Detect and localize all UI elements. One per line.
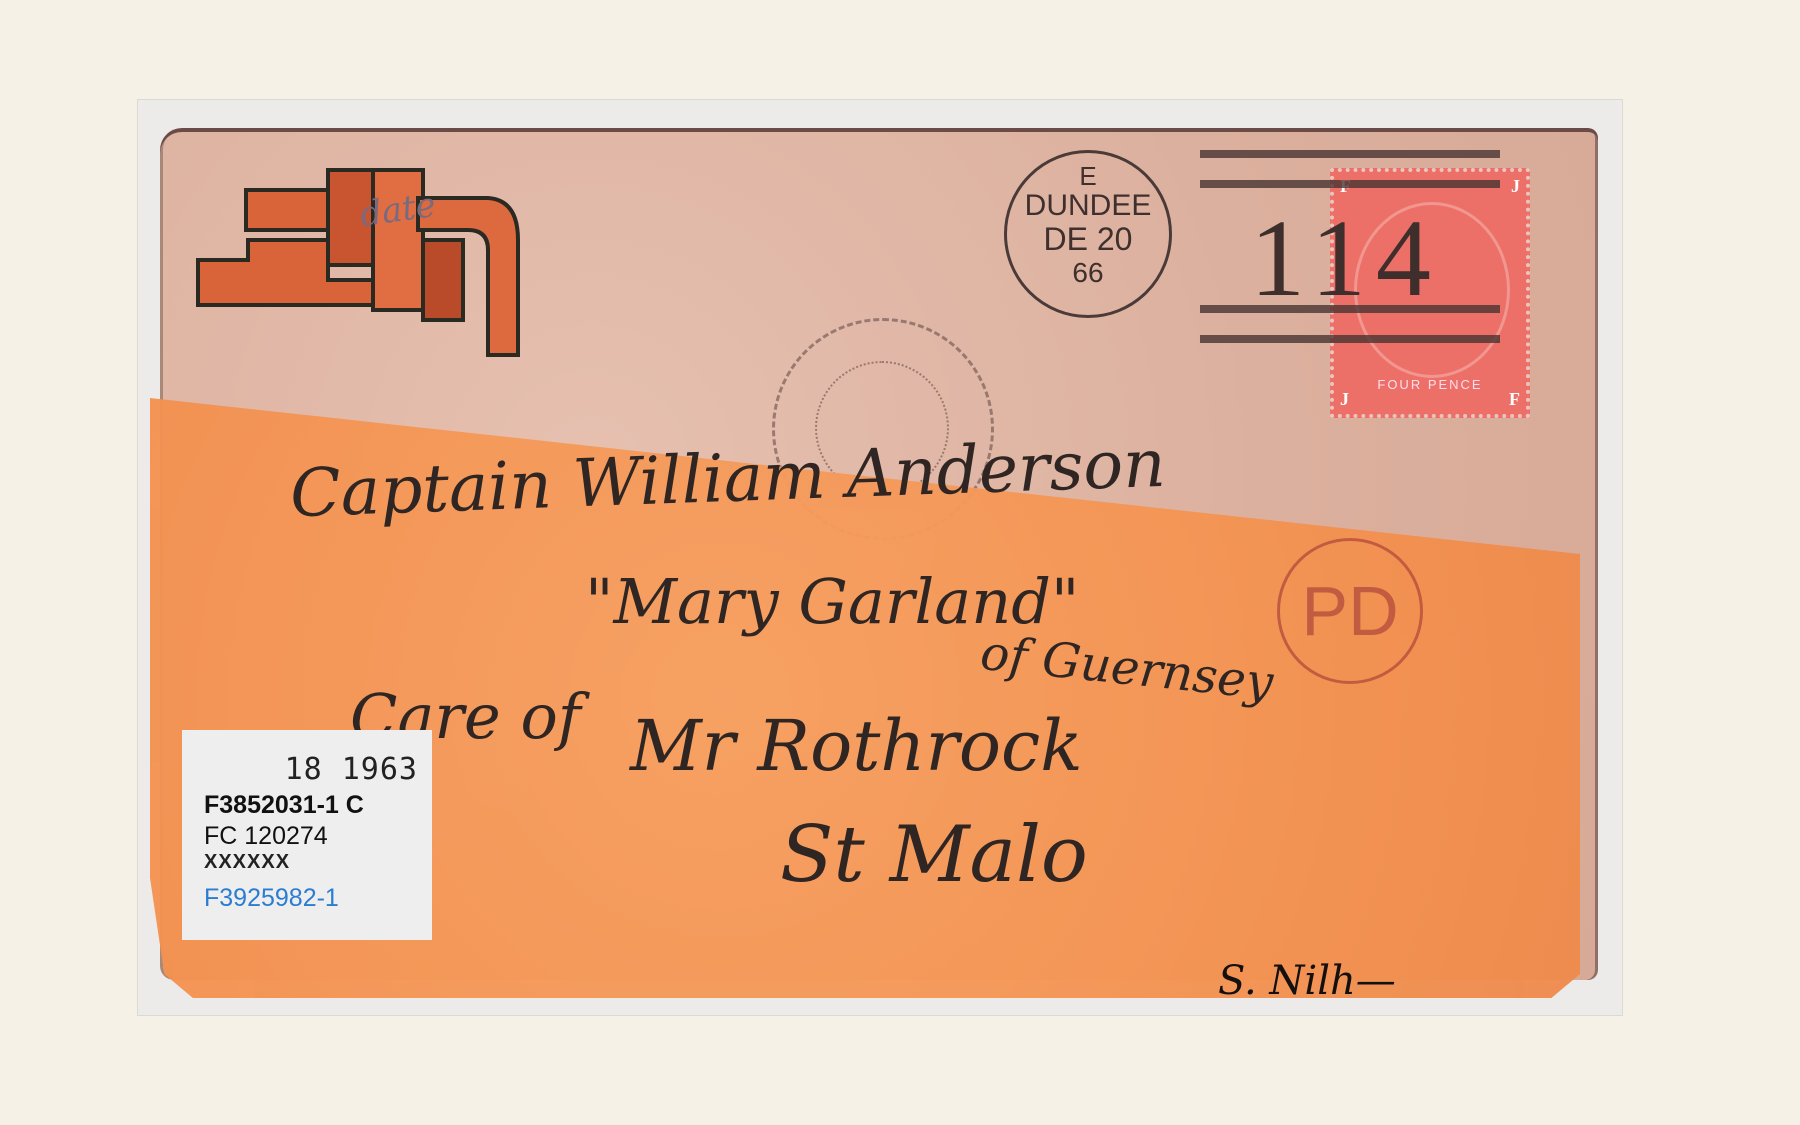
postmark-year: 66 bbox=[1007, 259, 1169, 287]
address-line-5: Mr Rothrock bbox=[630, 705, 1083, 787]
postmark-code: E bbox=[1007, 163, 1169, 189]
label-lot-code: F3852031-1 C bbox=[204, 791, 418, 820]
signature: S. Nilh— bbox=[1218, 958, 1396, 1004]
dundee-postmark: E DUNDEE DE 20 66 bbox=[1004, 150, 1172, 318]
numeral-cancel: 114 bbox=[1250, 195, 1441, 322]
pd-mark: PD bbox=[1277, 538, 1423, 684]
stamp-value: FOUR PENCE bbox=[1334, 377, 1526, 392]
stamp-corner-letter: J bbox=[1340, 389, 1349, 410]
postmark-town: DUNDEE bbox=[1007, 191, 1169, 221]
postmark-date: DE 20 bbox=[1007, 223, 1169, 255]
auction-label: 18 1963 F3852031-1 C FC 120274 XXXXXX F3… bbox=[182, 730, 432, 940]
label-date: 18 1963 bbox=[204, 752, 418, 787]
label-ref: FC 120274 bbox=[204, 822, 418, 851]
stamp-corner-letter: F bbox=[1509, 389, 1520, 410]
label-mask: XXXXXX bbox=[204, 851, 418, 874]
stamp-corner-letter: J bbox=[1511, 176, 1520, 197]
pipe-logo-icon bbox=[178, 160, 558, 360]
address-line-6: St Malo bbox=[780, 810, 1088, 900]
label-inventory: F3925982-1 bbox=[204, 884, 418, 913]
